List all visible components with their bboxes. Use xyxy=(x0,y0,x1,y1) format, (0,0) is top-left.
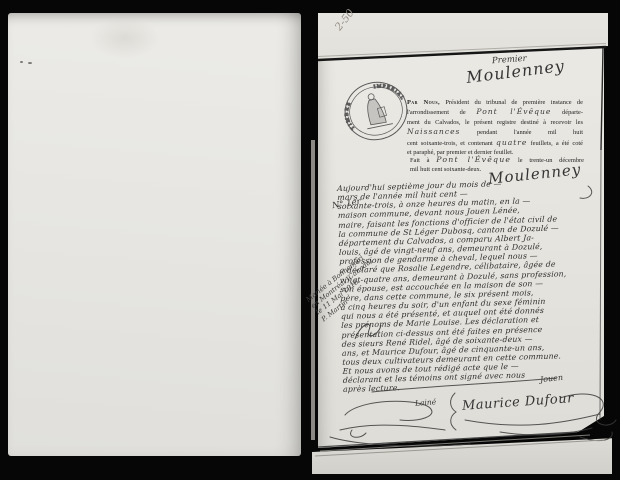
pen-flourishes-and-page-edges xyxy=(0,0,620,480)
scanned-register-spread: 2-50 TIMBRE IMPERIAL Premier Moulenney P… xyxy=(0,0,620,480)
